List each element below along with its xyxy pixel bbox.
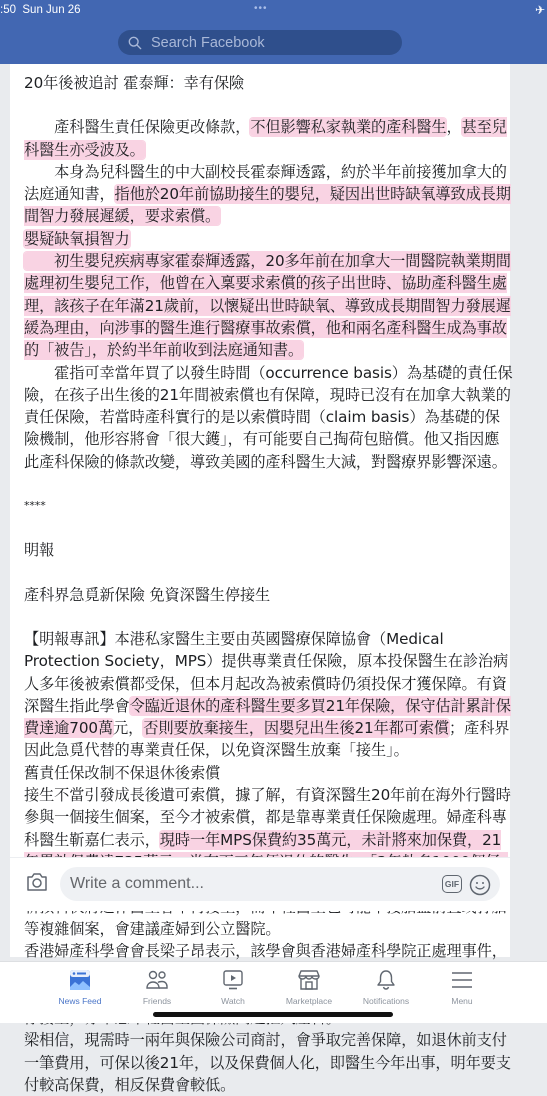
gif-button[interactable]: GIF: [442, 875, 462, 893]
highlighted-text: 否則要放棄接生，因嬰兒出生後21年都可索償: [143, 719, 449, 737]
subheading-1: 嬰疑缺氧損智力: [24, 228, 514, 250]
comment-box[interactable]: GIF: [60, 867, 500, 901]
text-segment: ，: [446, 118, 461, 136]
emoji-icon[interactable]: [469, 874, 491, 896]
comment-composer: GIF: [10, 857, 510, 911]
highlighted-text: 不但影響私家執業的產科醫生: [250, 118, 446, 136]
nav-watch[interactable]: Watch: [193, 968, 273, 1006]
nav-menu[interactable]: Menu: [422, 968, 502, 1006]
notifications-icon: [375, 969, 397, 991]
paragraph-3: 初生嬰兒疾病專家霍泰輝透露，20多年前在加拿大一間醫院執業期間處理初生嬰兒工作，…: [24, 250, 514, 361]
search-input[interactable]: [151, 35, 381, 51]
text-segment: 產科醫生責任保險更改條款，: [24, 118, 250, 136]
friends-icon: [145, 969, 169, 991]
home-indicator: [153, 1012, 393, 1017]
multitask-dots[interactable]: •••: [254, 3, 268, 14]
headline-2: 產科界急覓新保險 免資深醫生停接生: [24, 584, 514, 606]
nav-marketplace[interactable]: Marketplace: [269, 968, 349, 1006]
text-segment: 元，: [113, 719, 143, 737]
paragraph-4: 霍指可幸當年買了以發生時間（occurrence basis）為基礎的責任保險，…: [24, 362, 514, 473]
airplane-icon: ✈: [535, 3, 545, 17]
camera-icon[interactable]: [26, 872, 48, 892]
separator: ****: [24, 495, 514, 517]
nav-label: News Feed: [40, 996, 120, 1006]
nav-label: Watch: [193, 996, 273, 1006]
status-bar: :50 Sun Jun 26 ••• ✈: [0, 4, 547, 20]
top-bar: :50 Sun Jun 26 ••• ✈: [0, 0, 547, 64]
paragraph-5: 【明報專訊】本港私家醫生主要由英國醫療保障協會（Medical Protecti…: [24, 628, 514, 762]
article-title: 20年後被追討 霍泰輝：幸有保險: [24, 72, 514, 94]
menu-icon: [451, 970, 473, 990]
status-time: :50 Sun Jun 26: [0, 4, 81, 16]
nav-label: Notifications: [346, 996, 426, 1006]
paragraph-2: 本身為兒科醫生的中大副校長霍泰輝透露，約於半年前接獲加拿大的法庭通知書，指他於2…: [24, 161, 514, 228]
watch-icon: [222, 969, 244, 991]
nav-label: Menu: [422, 996, 502, 1006]
marketplace-icon: [298, 969, 320, 991]
news-feed-icon: [69, 969, 91, 991]
nav-label: Friends: [117, 996, 197, 1006]
search-icon: [128, 36, 142, 50]
source-label: 明報: [24, 539, 514, 561]
post-card: 20年後被追討 霍泰輝：幸有保險 產科醫生責任保險更改條款，不但影響私家執業的產…: [10, 64, 510, 957]
nav-news-feed[interactable]: News Feed: [40, 968, 120, 1006]
paragraph-1: 產科醫生責任保險更改條款，不但影響私家執業的產科醫生，甚至兒科醫生亦受波及。: [24, 116, 514, 161]
nav-friends[interactable]: Friends: [117, 968, 197, 1006]
nav-notifications[interactable]: Notifications: [346, 968, 426, 1006]
nav-label: Marketplace: [269, 996, 349, 1006]
subheading-2: 舊責任保改制不保退休後索償: [24, 762, 514, 784]
comment-input[interactable]: [70, 875, 370, 893]
search-bar[interactable]: [118, 30, 402, 55]
